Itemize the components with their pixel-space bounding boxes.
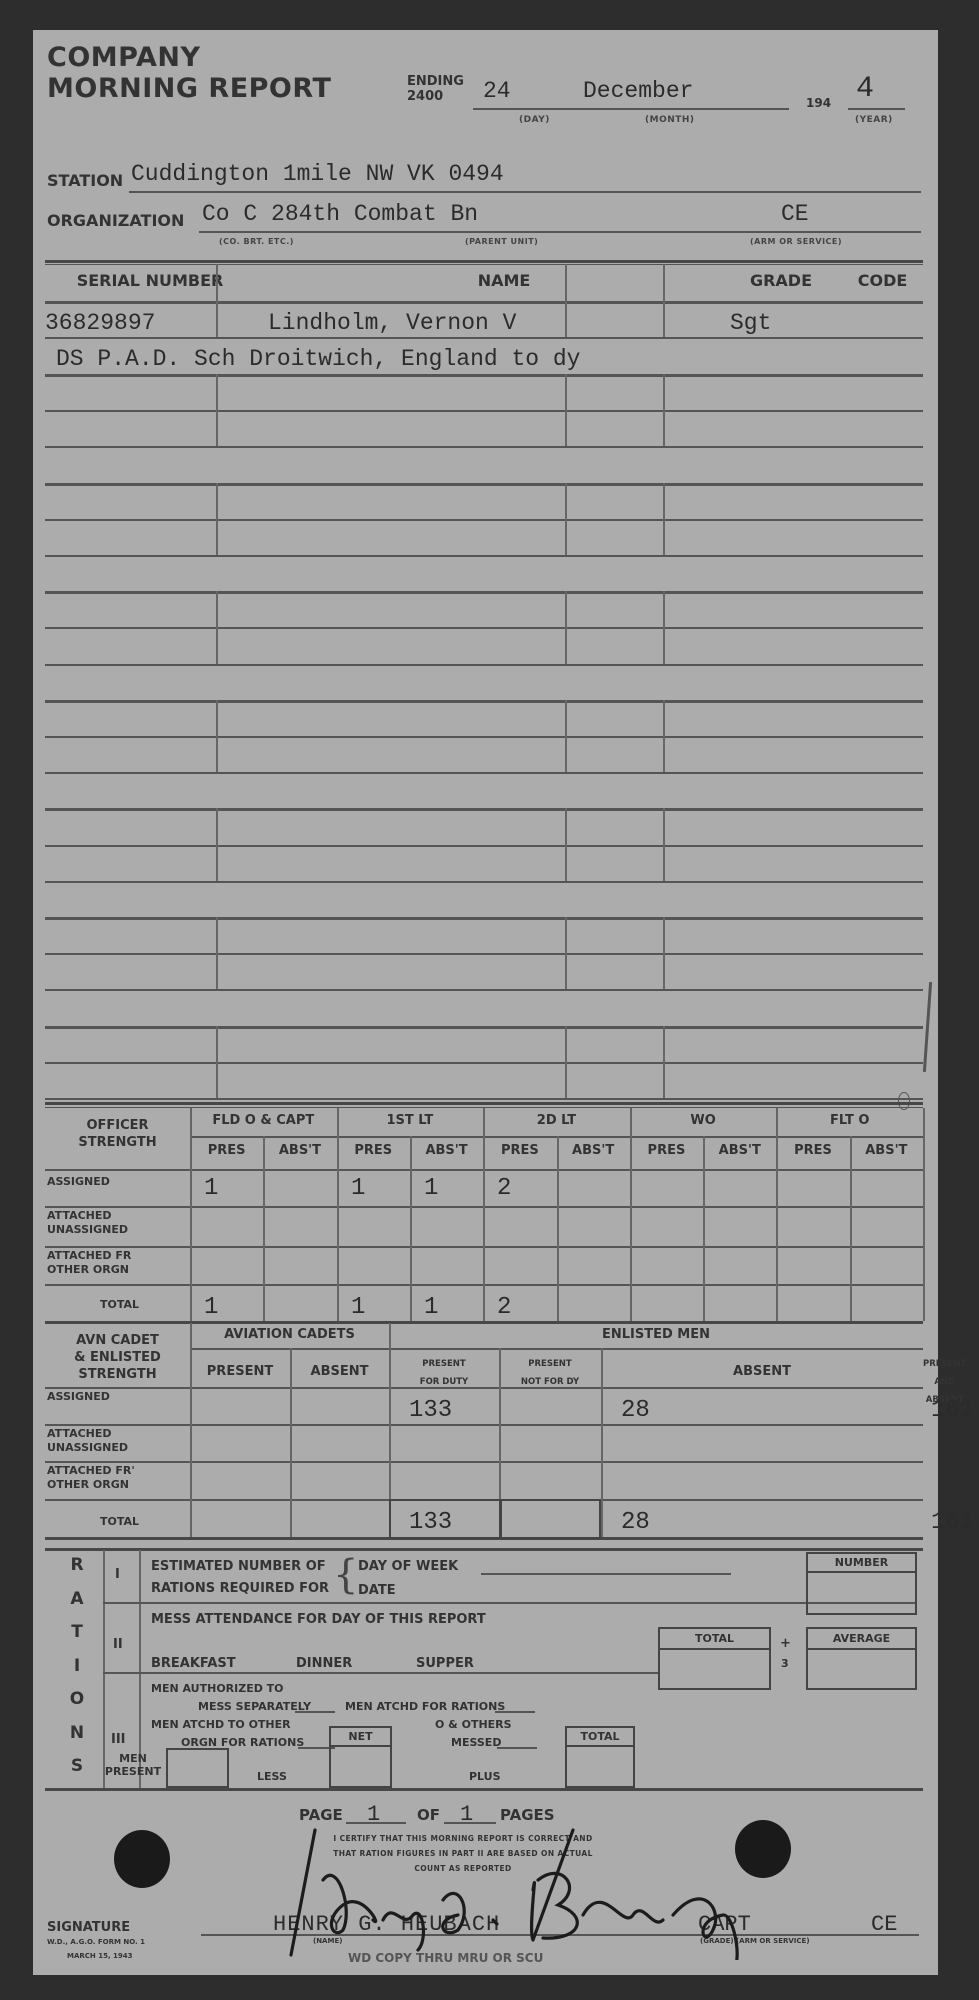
enlisted-cell[interactable] [519, 1397, 601, 1425]
total-present-box-divider [499, 1499, 502, 1537]
enlisted-subheader-1: PRESENT [389, 1355, 499, 1373]
organization-value: Co C 284th Combat Bn [202, 201, 478, 227]
mess-total-label: TOTAL [660, 1629, 769, 1650]
date-label: DATE [358, 1583, 396, 1598]
officer-cell[interactable] [497, 1212, 556, 1246]
org-caption-co: (CO. BRT. ETC.) [219, 237, 294, 246]
enlisted-cell[interactable]: 28 [621, 1397, 923, 1425]
year-caption: (YEAR) [855, 115, 893, 125]
officer-sub-abst: ABS'T [557, 1143, 630, 1158]
officer-cell[interactable] [277, 1294, 336, 1325]
roster-top-rule-2 [45, 264, 923, 265]
enlisted-title-3: STRENGTH [45, 1366, 190, 1383]
men-atchd-other-1: MEN ATCHD TO OTHER [151, 1718, 291, 1731]
roster-rule [45, 301, 923, 304]
day-of-week-field[interactable] [481, 1573, 731, 1575]
officer-cell[interactable]: 1 [424, 1175, 483, 1206]
roster-row[interactable] [45, 483, 923, 519]
year-prefix: 194 [806, 96, 831, 110]
enlisted-rule [190, 1348, 923, 1350]
officer-cell[interactable]: 1 [351, 1175, 410, 1206]
roster-row[interactable] [45, 410, 923, 446]
officer-cell[interactable] [497, 1252, 556, 1284]
month-caption: (MONTH) [645, 115, 695, 125]
enlisted-subheader-1: PRESENT [923, 1355, 966, 1373]
officer-cell[interactable] [644, 1212, 703, 1246]
officer-cell[interactable] [717, 1294, 776, 1325]
officer-cell[interactable] [571, 1252, 630, 1284]
officer-cell[interactable] [864, 1294, 923, 1325]
aviation-cadets-header: AVIATION CADETS [190, 1327, 389, 1342]
officer-row-label-1: ATTACHED [47, 1209, 192, 1223]
enlisted-row-label-1: ATTACHED [47, 1427, 192, 1441]
day-of-week-label: DAY OF WEEK [358, 1559, 458, 1574]
enlisted-cell[interactable] [210, 1509, 290, 1537]
officer-row-label: TOTAL [47, 1298, 192, 1312]
station-label: STATION [47, 171, 123, 190]
enlisted-cell[interactable]: 161 [931, 1397, 974, 1425]
report-day: 24 [483, 78, 511, 104]
entry-name: Lindholm, Vernon V [268, 310, 516, 336]
enlisted-cell[interactable] [519, 1471, 601, 1499]
roster-row[interactable] [45, 845, 923, 881]
enlisted-subheader-1: PRESENT [499, 1355, 601, 1373]
men-present-box[interactable] [166, 1748, 229, 1788]
signer-arm: CE [871, 1912, 897, 1937]
roster-rule [45, 1098, 923, 1100]
roster-row[interactable] [45, 989, 923, 1026]
entry-serial: 36829897 [45, 310, 155, 336]
roster-row[interactable] [45, 772, 923, 808]
officer-cell[interactable] [644, 1294, 703, 1325]
enlisted-cell[interactable] [210, 1397, 290, 1425]
mess-total-box[interactable]: TOTAL [658, 1627, 771, 1690]
men-present-1: MEN [103, 1752, 163, 1765]
enlisted-men-header: ENLISTED MEN [389, 1327, 923, 1342]
enlisted-subheader: ABSENT [601, 1364, 923, 1379]
roster-row[interactable] [45, 917, 923, 953]
mess-separately-field[interactable] [295, 1711, 335, 1713]
meal-supper: SUPPER [416, 1656, 474, 1671]
enlisted-row-label-1: TOTAL [47, 1515, 192, 1529]
enlisted-row-label-1: ASSIGNED [47, 1390, 192, 1404]
roster-row[interactable] [45, 700, 923, 736]
enlisted-cell[interactable] [310, 1434, 389, 1462]
officer-group-header: 2D LT [483, 1113, 630, 1128]
rations-letter: O [67, 1689, 87, 1709]
officer-group-header: FLD O & CAPT [190, 1113, 337, 1128]
officer-group-header: FLT O [776, 1113, 923, 1128]
officer-group-header: 1ST LT [337, 1113, 484, 1128]
net-label: NET [331, 1728, 390, 1747]
officer-sub-abst: ABS'T [263, 1143, 336, 1158]
officer-strength-title: OFFICERSTRENGTH [45, 1117, 190, 1151]
officer-title-1: OFFICER [45, 1117, 190, 1134]
section-i-text-1: ESTIMATED NUMBER OF [151, 1559, 326, 1574]
arm-value: CE [781, 201, 809, 227]
organization-underline [199, 231, 921, 233]
entry-grade: Sgt [730, 310, 771, 336]
station-underline [129, 191, 921, 193]
roster-row[interactable] [45, 664, 923, 700]
officer-cell[interactable]: 1 [424, 1294, 483, 1325]
men-atchd-rations-field[interactable] [495, 1711, 535, 1713]
rations-row-rule-1 [103, 1602, 917, 1604]
roster-column-divider [565, 264, 567, 337]
day-caption: (DAY) [519, 115, 550, 125]
form-title: COMPANY MORNING REPORT [47, 42, 331, 104]
officer-row-label: ASSIGNED [47, 1175, 192, 1189]
officer-cell[interactable] [351, 1212, 410, 1246]
men-atchd-rations: MEN ATCHD FOR RATIONS [345, 1700, 505, 1713]
roster-row[interactable] [45, 1026, 923, 1062]
section-ii-text: MESS ATTENDANCE FOR DAY OF THIS REPORT [151, 1612, 486, 1627]
cadet-subheader: PRESENT [190, 1364, 290, 1379]
form-date: MARCH 15, 1943 [67, 1952, 133, 1960]
roster-top-rule [45, 260, 923, 263]
date-underline [473, 108, 789, 110]
officer-cell[interactable] [717, 1175, 776, 1206]
header-name: NAME [271, 271, 737, 290]
enlisted-cell[interactable]: 161 [931, 1509, 974, 1537]
roster-row[interactable] [45, 627, 923, 664]
entry-remark: DS P.A.D. Sch Droitwich, England to dy [56, 346, 581, 372]
rations-letter: N [67, 1723, 87, 1743]
rations-letter: I [67, 1656, 87, 1676]
roster-row[interactable] [45, 881, 923, 917]
officer-cell[interactable] [424, 1252, 483, 1284]
enlisted-cell[interactable] [409, 1471, 499, 1499]
officer-row-label-1: ATTACHED FR [47, 1249, 192, 1263]
officer-cell[interactable] [790, 1294, 849, 1325]
enlisted-column-divider [601, 1348, 603, 1537]
officer-cell[interactable] [204, 1212, 263, 1246]
others-messed-field[interactable] [497, 1747, 537, 1749]
enlisted-cell[interactable] [519, 1509, 601, 1537]
meal-dinner: DINNER [296, 1656, 352, 1671]
roster-row[interactable] [45, 446, 923, 483]
ending-label-1: ENDING [407, 74, 464, 89]
enlisted-rule [45, 1387, 923, 1389]
rations-top-rule [45, 1548, 923, 1551]
officer-cell[interactable] [277, 1175, 336, 1206]
officer-sub-pres: PRES [190, 1143, 263, 1158]
cadet-subheader: ABSENT [290, 1364, 389, 1379]
officer-cell[interactable] [717, 1252, 776, 1284]
section-ii-numeral: II [113, 1637, 123, 1652]
officer-cell[interactable]: 2 [497, 1175, 556, 1206]
officer-title-2: STRENGTH [45, 1134, 190, 1151]
officer-cell[interactable] [277, 1252, 336, 1284]
officer-row-label: ATTACHEDUNASSIGNED [47, 1209, 192, 1237]
officer-cell[interactable] [571, 1294, 630, 1325]
rations-bottom-rule [45, 1788, 923, 1791]
officer-group-header: WO [630, 1113, 777, 1128]
officer-row-label-2: UNASSIGNED [47, 1223, 192, 1237]
handwritten-signature [283, 1820, 843, 1960]
enlisted-cell[interactable]: 28 [621, 1509, 923, 1537]
less-label: LESS [257, 1770, 287, 1783]
roster-row[interactable] [45, 953, 923, 989]
rations-letter: S [67, 1756, 87, 1776]
enlisted-row-label-2: OTHER ORGN [47, 1478, 192, 1492]
number-box[interactable]: NUMBER [806, 1552, 917, 1615]
officer-cell[interactable] [351, 1252, 410, 1284]
officer-cell[interactable] [644, 1252, 703, 1284]
rations-letter: T [67, 1622, 87, 1642]
rations-total-box[interactable]: TOTAL [565, 1726, 635, 1788]
officer-sub-pres: PRES [630, 1143, 703, 1158]
enlisted-row-label: ATTACHED FR'OTHER ORGN [47, 1464, 192, 1492]
officer-cell[interactable] [864, 1212, 923, 1246]
officer-column-divider [337, 1108, 339, 1321]
men-present-label: MEN PRESENT [103, 1752, 163, 1778]
meal-breakfast: BREAKFAST [151, 1656, 236, 1671]
divide-plus: + [780, 1636, 791, 1651]
officer-cell[interactable]: 1 [204, 1175, 263, 1206]
officer-cell[interactable] [204, 1252, 263, 1284]
roster-row[interactable] [45, 374, 923, 410]
officer-cell[interactable] [277, 1212, 336, 1246]
enlisted-cell[interactable] [409, 1434, 499, 1462]
enlisted-row-label-2: UNASSIGNED [47, 1441, 192, 1455]
signature-label: SIGNATURE [47, 1920, 130, 1935]
officer-cell[interactable] [571, 1175, 630, 1206]
form-number: W.D., A.G.O. FORM NO. 1 [47, 1938, 145, 1946]
men-authorized-1: MEN AUTHORIZED TO [151, 1682, 284, 1695]
officer-cell[interactable]: 1 [204, 1294, 263, 1325]
section-iii-numeral: III [111, 1732, 126, 1747]
average-label: AVERAGE [808, 1629, 915, 1650]
officer-cell[interactable] [717, 1212, 776, 1246]
enlisted-cell[interactable] [210, 1434, 290, 1462]
title-line-1: COMPANY [47, 42, 331, 73]
header-serial-number: SERIAL NUMBER [45, 271, 255, 290]
officer-cell[interactable] [864, 1175, 923, 1206]
enlisted-cell[interactable]: 133 [409, 1397, 499, 1425]
officer-column-divider [850, 1136, 852, 1321]
officer-sub-abst: ABS'T [703, 1143, 776, 1158]
enlisted-title-1: AVN CADET [45, 1332, 190, 1349]
enlisted-title-2: & ENLISTED [45, 1349, 190, 1366]
ending-label: ENDING 2400 [407, 74, 464, 104]
number-box-label: NUMBER [808, 1554, 915, 1573]
enlisted-row-label: TOTAL [47, 1515, 192, 1529]
officer-sub-abst: ABS'T [850, 1143, 923, 1158]
report-month: December [583, 78, 693, 104]
men-present-2: PRESENT [103, 1765, 163, 1778]
title-line-2: MORNING REPORT [47, 73, 331, 104]
enlisted-cell[interactable] [310, 1509, 389, 1537]
enlisted-cell[interactable] [621, 1471, 923, 1499]
roster-column-divider [663, 264, 665, 337]
officer-cell[interactable] [864, 1252, 923, 1284]
rations-letter: R [67, 1555, 87, 1575]
average-box[interactable]: AVERAGE [806, 1627, 917, 1690]
morning-report-form: COMPANY MORNING REPORT ENDING 2400 24 De… [33, 30, 938, 1975]
officer-row-label-1: TOTAL [47, 1298, 192, 1312]
roster-row[interactable] [45, 808, 923, 845]
org-caption-arm: (ARM OR SERVICE) [750, 237, 842, 246]
organization-label: ORGANIZATION [47, 211, 184, 230]
enlisted-row-label-1: ATTACHED FR' [47, 1464, 192, 1478]
enlisted-subheader: PRESENTNOT FOR DY [499, 1355, 601, 1391]
officers-others-2: MESSED [451, 1736, 501, 1749]
enlisted-cell[interactable] [310, 1471, 389, 1499]
enlisted-row-label: ATTACHEDUNASSIGNED [47, 1427, 192, 1455]
enlisted-cell[interactable] [310, 1397, 389, 1425]
roster-row[interactable] [45, 555, 923, 591]
officer-cell[interactable] [790, 1212, 849, 1246]
year-underline [848, 108, 905, 110]
officer-row-label-1: ASSIGNED [47, 1175, 192, 1189]
officer-sub-pres: PRES [776, 1143, 849, 1158]
enlisted-cell[interactable]: 133 [409, 1509, 499, 1537]
header-grade: GRADE [720, 271, 842, 290]
punch-hole-left [114, 1830, 170, 1888]
station-value: Cuddington 1mile NW VK 0494 [131, 161, 504, 187]
rations-row-rule-2 [103, 1672, 658, 1674]
officer-sub-pres: PRES [337, 1143, 410, 1158]
officer-cell[interactable]: 1 [351, 1294, 410, 1325]
enlisted-subheader: PRESENTFOR DUTY [389, 1355, 499, 1391]
enlisted-cell[interactable] [519, 1434, 601, 1462]
plus-label: PLUS [469, 1770, 501, 1783]
report-year-digit: 4 [856, 72, 874, 106]
enlisted-row-label: ASSIGNED [47, 1390, 192, 1404]
officer-cell[interactable] [424, 1212, 483, 1246]
officer-row-label-2: OTHER ORGN [47, 1263, 192, 1277]
enlisted-cell[interactable] [621, 1434, 923, 1462]
section-i-numeral: I [115, 1567, 120, 1582]
officer-cell[interactable] [790, 1252, 849, 1284]
org-caption-parent: (PARENT UNIT) [465, 237, 538, 246]
enlisted-strength-title: AVN CADET& ENLISTEDSTRENGTH [45, 1332, 190, 1383]
ending-label-2: 2400 [407, 89, 464, 104]
roster-row[interactable] [45, 591, 923, 627]
officer-top-rule [45, 1102, 923, 1105]
pencil-mark-line [923, 982, 932, 1072]
enlisted-column-divider [290, 1348, 292, 1537]
roster-row[interactable] [45, 519, 923, 555]
brace-icon: { [333, 1552, 358, 1598]
enlisted-cell[interactable] [210, 1471, 290, 1499]
officer-cell[interactable] [790, 1175, 849, 1206]
roster-row[interactable] [45, 1062, 923, 1098]
section-i-text-2: RATIONS REQUIRED FOR [151, 1581, 329, 1596]
roster-row[interactable] [45, 736, 923, 772]
header-code: CODE [844, 271, 921, 290]
officer-cell[interactable]: 2 [497, 1294, 556, 1325]
officer-cell[interactable] [644, 1175, 703, 1206]
roster-column-divider [216, 264, 218, 337]
officer-row-label: ATTACHED FROTHER ORGN [47, 1249, 192, 1277]
rations-letter: A [67, 1589, 87, 1609]
officers-others-1: O & OTHERS [435, 1718, 512, 1731]
divide-three: 3 [781, 1657, 789, 1670]
officer-sub-pres: PRES [483, 1143, 556, 1158]
rations-total-label: TOTAL [567, 1728, 633, 1747]
net-box[interactable]: NET [329, 1726, 392, 1788]
officer-cell[interactable] [571, 1212, 630, 1246]
officer-sub-abst: ABS'T [410, 1143, 483, 1158]
officer-column-divider [557, 1136, 559, 1321]
